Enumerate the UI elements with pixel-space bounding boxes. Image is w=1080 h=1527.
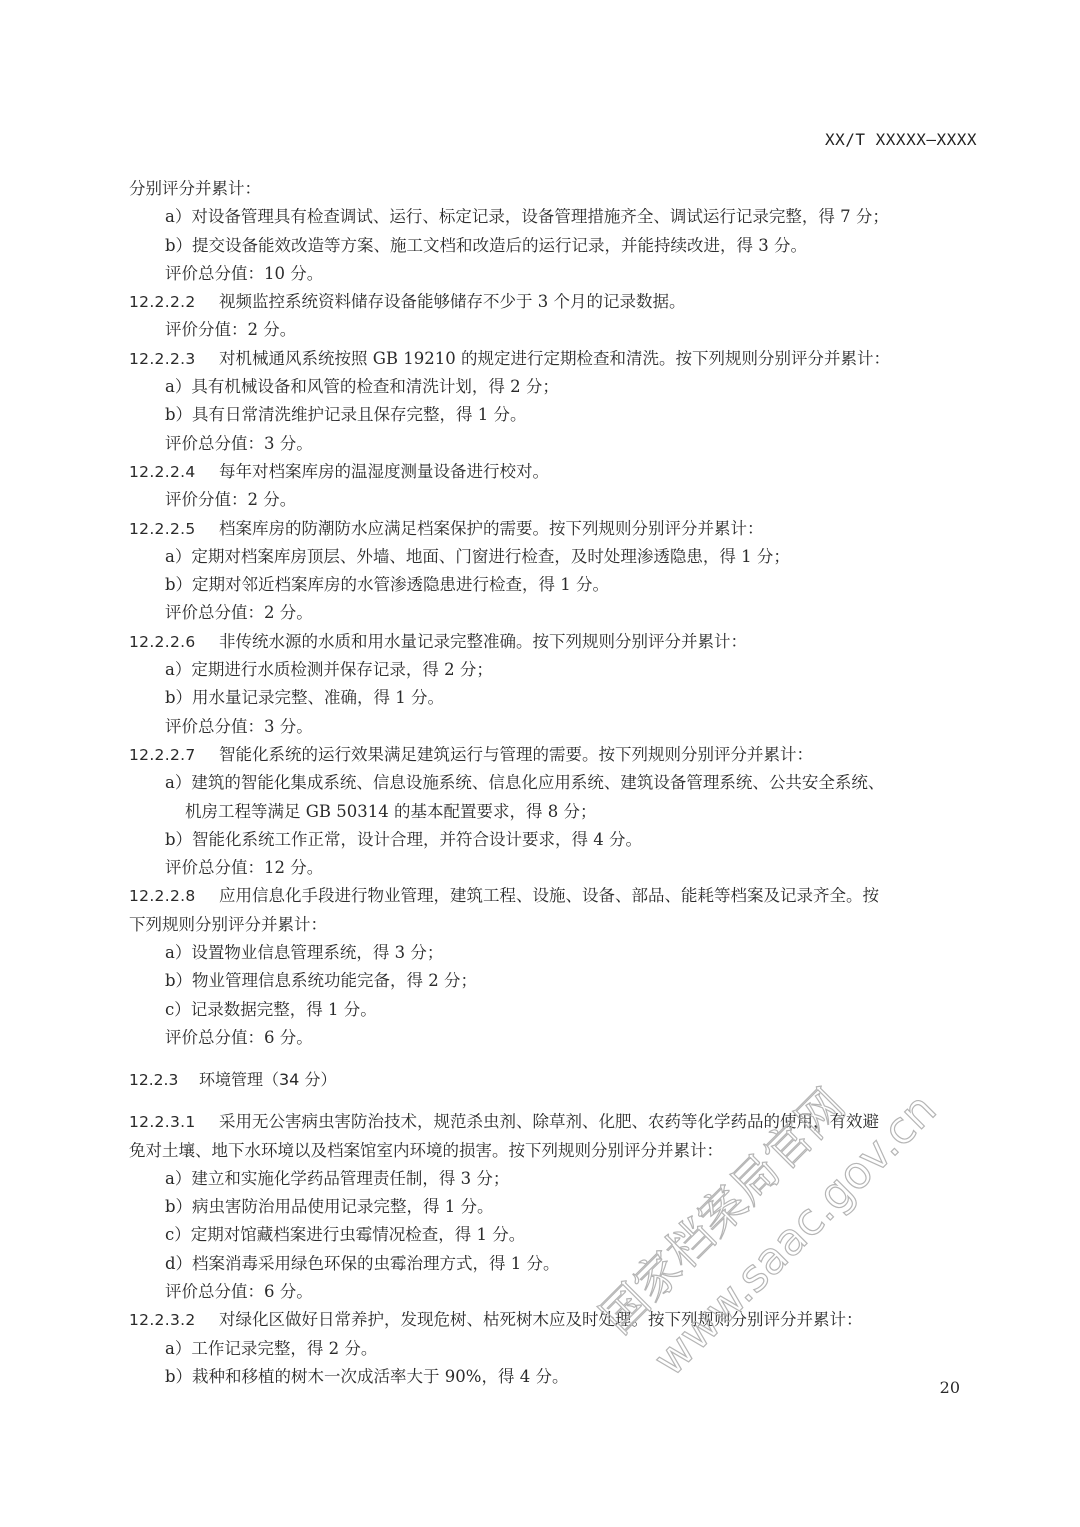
section-title: 环境管理（34 分） [199,1070,336,1089]
list-item: b）用水量记录完整、准确，得 1 分。 [129,684,979,712]
list-item: b）具有日常清洗维护记录且保存完整，得 1 分。 [129,401,979,429]
list-item-continuation: 机房工程等满足 GB 50314 的基本配置要求，得 8 分； [129,798,979,826]
list-item: d）档案消毒采用绿色环保的虫霉治理方式，得 1 分。 [129,1250,979,1278]
clause-text: 智能化系统的运行效果满足建筑运行与管理的需要。按下列规则分别评分并累计： [219,745,813,764]
list-item: b）病虫害防治用品使用记录完整，得 1 分。 [129,1193,979,1221]
document-page: XX/T XXXXX—XXXX 分别评分并累计： a）对设备管理具有检查调试、运… [0,0,1080,1527]
clause-12-2-2-7: 12.2.2.7智能化系统的运行效果满足建筑运行与管理的需要。按下列规则分别评分… [129,741,979,769]
clause-number: 12.2.2.7 [129,741,219,769]
clause-text: 视频监控系统资料储存设备能够储存不少于 3 个月的记录数据。 [219,292,686,311]
score-total: 评价分值：2 分。 [129,316,979,344]
clause-12-2-3-2: 12.2.3.2对绿化区做好日常养护，发现危树、枯死树木应及时处理。按下列规则分… [129,1306,979,1334]
page-number: 20 [940,1378,960,1397]
clause-number: 12.2.2.6 [129,628,219,656]
clause-number: 12.2.2.8 [129,882,219,910]
continuation-intro: 分别评分并累计： [129,175,979,203]
clause-number: 12.2.2.4 [129,458,219,486]
clause-text: 档案库房的防潮防水应满足档案保护的需要。按下列规则分别评分并累计： [219,519,764,538]
clause-text: 采用无公害病虫害防治技术，规范杀虫剂、除草剂、化肥、农药等化学药品的使用，有效避 [219,1112,879,1131]
list-item: b）栽种和移植的树木一次成活率大于 90%，得 4 分。 [129,1363,979,1391]
list-item: c）定期对馆藏档案进行虫霉情况检查，得 1 分。 [129,1221,979,1249]
clause-12-2-2-8: 12.2.2.8应用信息化手段进行物业管理，建筑工程、设施、设备、部品、能耗等档… [129,882,979,910]
score-total: 评价总分值：3 分。 [129,430,979,458]
list-item: b）智能化系统工作正常，设计合理，并符合设计要求，得 4 分。 [129,826,979,854]
clause-number: 12.2.3.1 [129,1108,219,1136]
section-heading-12-2-3: 12.2.3环境管理（34 分） [129,1066,979,1094]
clause-12-2-2-3: 12.2.2.3对机械通风系统按照 GB 19210 的规定进行定期检查和清洗。… [129,345,979,373]
list-item: b）物业管理信息系统功能完备，得 2 分； [129,967,979,995]
score-total: 评价总分值：6 分。 [129,1024,979,1052]
clause-12-2-2-2: 12.2.2.2视频监控系统资料储存设备能够储存不少于 3 个月的记录数据。 [129,288,979,316]
list-item: a）设置物业信息管理系统，得 3 分； [129,939,979,967]
clause-text-continuation: 下列规则分别评分并累计： [129,911,979,939]
list-item: a）定期对档案库房顶层、外墙、地面、门窗进行检查，及时处理渗透隐患，得 1 分； [129,543,979,571]
clause-text-continuation: 免对土壤、地下水环境以及档案馆室内环境的损害。按下列规则分别评分并累计： [129,1137,979,1165]
list-item: a）建立和实施化学药品管理责任制，得 3 分； [129,1165,979,1193]
clause-12-2-2-4: 12.2.2.4每年对档案库房的温湿度测量设备进行校对。 [129,458,979,486]
clause-12-2-2-5: 12.2.2.5档案库房的防潮防水应满足档案保护的需要。按下列规则分别评分并累计… [129,515,979,543]
document-code: XX/T XXXXX—XXXX [825,130,977,149]
clause-number: 12.2.2.3 [129,345,219,373]
section-number: 12.2.3 [129,1066,199,1094]
list-item: a）工作记录完整，得 2 分。 [129,1335,979,1363]
score-total: 评价总分值：6 分。 [129,1278,979,1306]
list-item: a）建筑的智能化集成系统、信息设施系统、信息化应用系统、建筑设备管理系统、公共安… [129,769,979,797]
score-total: 评价总分值：3 分。 [129,713,979,741]
clause-text: 对机械通风系统按照 GB 19210 的规定进行定期检查和清洗。按下列规则分别评… [219,349,890,368]
score-total: 评价分值：2 分。 [129,486,979,514]
clause-12-2-2-6: 12.2.2.6非传统水源的水质和用水量记录完整准确。按下列规则分别评分并累计： [129,628,979,656]
list-item: a）具有机械设备和风管的检查和清洗计划，得 2 分； [129,373,979,401]
clause-text: 应用信息化手段进行物业管理，建筑工程、设施、设备、部品、能耗等档案及记录齐全。按 [219,886,879,905]
document-body: 分别评分并累计： a）对设备管理具有检查调试、运行、标定记录，设备管理措施齐全、… [129,175,979,1391]
list-item: c）记录数据完整，得 1 分。 [129,996,979,1024]
list-item: b）提交设备能效改造等方案、施工文档和改造后的运行记录，并能持续改进，得 3 分… [129,232,979,260]
clause-number: 12.2.2.2 [129,288,219,316]
score-total: 评价总分值：12 分。 [129,854,979,882]
clause-number: 12.2.3.2 [129,1306,219,1334]
list-item: a）对设备管理具有检查调试、运行、标定记录，设备管理措施齐全、调试运行记录完整，… [129,203,979,231]
score-total: 评价总分值：2 分。 [129,599,979,627]
clause-text: 对绿化区做好日常养护，发现危树、枯死树木应及时处理。按下列规则分别评分并累计： [219,1310,863,1329]
clause-12-2-3-1: 12.2.3.1采用无公害病虫害防治技术，规范杀虫剂、除草剂、化肥、农药等化学药… [129,1108,979,1136]
clause-text: 每年对档案库房的温湿度测量设备进行校对。 [219,462,549,481]
clause-text: 非传统水源的水质和用水量记录完整准确。按下列规则分别评分并累计： [219,632,747,651]
clause-number: 12.2.2.5 [129,515,219,543]
list-item: b）定期对邻近档案库房的水管渗透隐患进行检查，得 1 分。 [129,571,979,599]
list-item: a）定期进行水质检测并保存记录，得 2 分； [129,656,979,684]
score-total: 评价总分值：10 分。 [129,260,979,288]
